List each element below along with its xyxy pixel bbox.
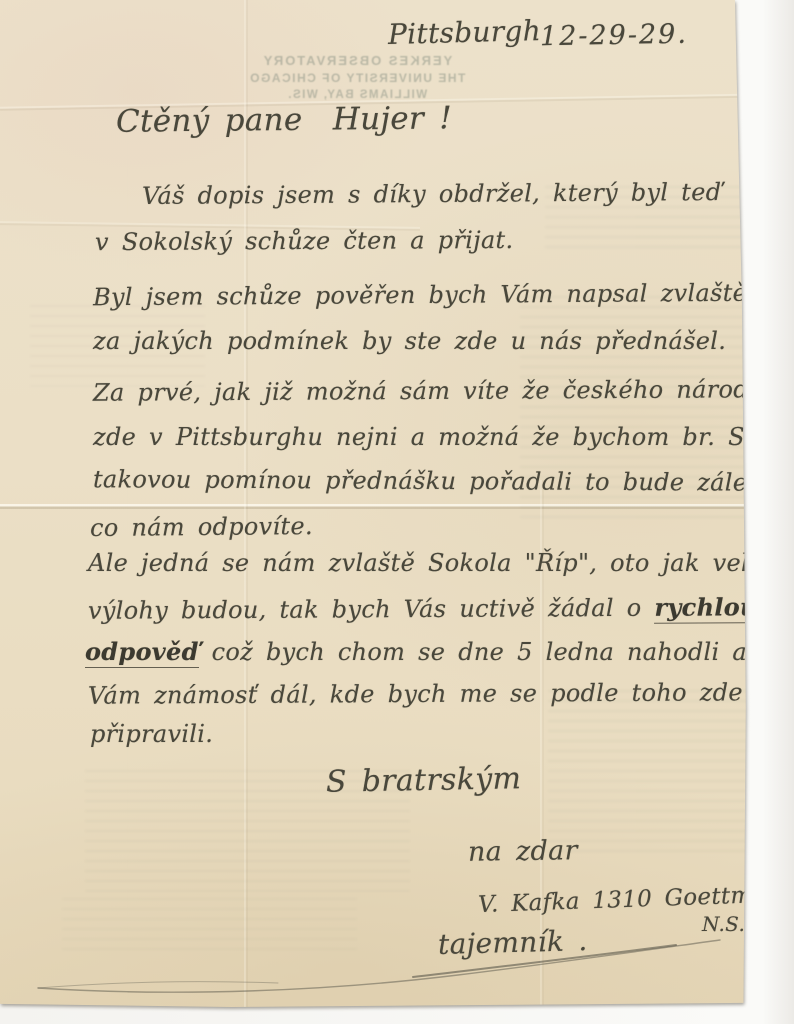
body-line: výlohy budou, tak bych Vás uctivě žádal … — [88, 592, 758, 625]
body-line-text: výlohy budou, tak bych Vás uctivě žádal … — [88, 594, 655, 625]
closing-line1: S bratrským — [326, 761, 522, 799]
body-line: co nám odpovíte. — [90, 512, 313, 542]
closing-line2: na zdar — [468, 835, 578, 868]
body-line: v Sokolský schůze čten a přijat. — [95, 226, 514, 256]
underlined-word-odpoved: odpověď — [85, 637, 199, 668]
body-line: takovou pomínou přednášku pořadali to bu… — [93, 465, 785, 497]
dateline-city: Pittsburgh — [388, 14, 542, 51]
dateline-date: 12-29-29. — [540, 19, 688, 53]
letter-paper: YERKES OBSERVATORY THE UNIVERSITY OF CHI… — [0, 0, 772, 1011]
body-line: připravili. — [90, 720, 213, 748]
body-line: Váš dopis jsem s díky obdržel, který byl… — [142, 178, 722, 210]
body-line: Byl jsem schůze pověřen bych Vám napsal … — [93, 279, 747, 312]
flourish-underline — [28, 922, 734, 1000]
signature-name-address: V. Kafka 1310 Goettman St. — [478, 880, 794, 918]
body-line-text: což bych chom se dne 5 ledna nahodli a i… — [199, 638, 794, 666]
body-line: odpověď což bych chom se dne 5 ledna nah… — [85, 637, 794, 666]
bleed-through-text — [548, 690, 760, 852]
letterhead-bleedthrough: YERKES OBSERVATORY THE UNIVERSITY OF CHI… — [172, 52, 542, 104]
body-line: Vám známosť dál, kde bych me se podle to… — [88, 678, 743, 709]
letterhead-line2: THE UNIVERSITY OF CHICAGO — [172, 70, 542, 87]
body-line: za jakých podmínek by ste zde u nás před… — [93, 327, 726, 355]
underlined-word-rychlou: rychlou — [654, 592, 757, 624]
body-line: Za prvé, jak již možná sám víte že české… — [93, 375, 764, 407]
salutation: Ctěný pane Hujer ! — [116, 100, 452, 140]
body-line: Ale jedná se nám zvlaště Sokola "Říp", o… — [88, 549, 778, 577]
body-line: zde v Pittsburghu nejni a možná že bycho… — [93, 423, 794, 451]
scanned-letter: YERKES OBSERVATORY THE UNIVERSITY OF CHI… — [0, 0, 794, 1024]
letterhead-line1: YERKES OBSERVATORY — [172, 52, 542, 70]
